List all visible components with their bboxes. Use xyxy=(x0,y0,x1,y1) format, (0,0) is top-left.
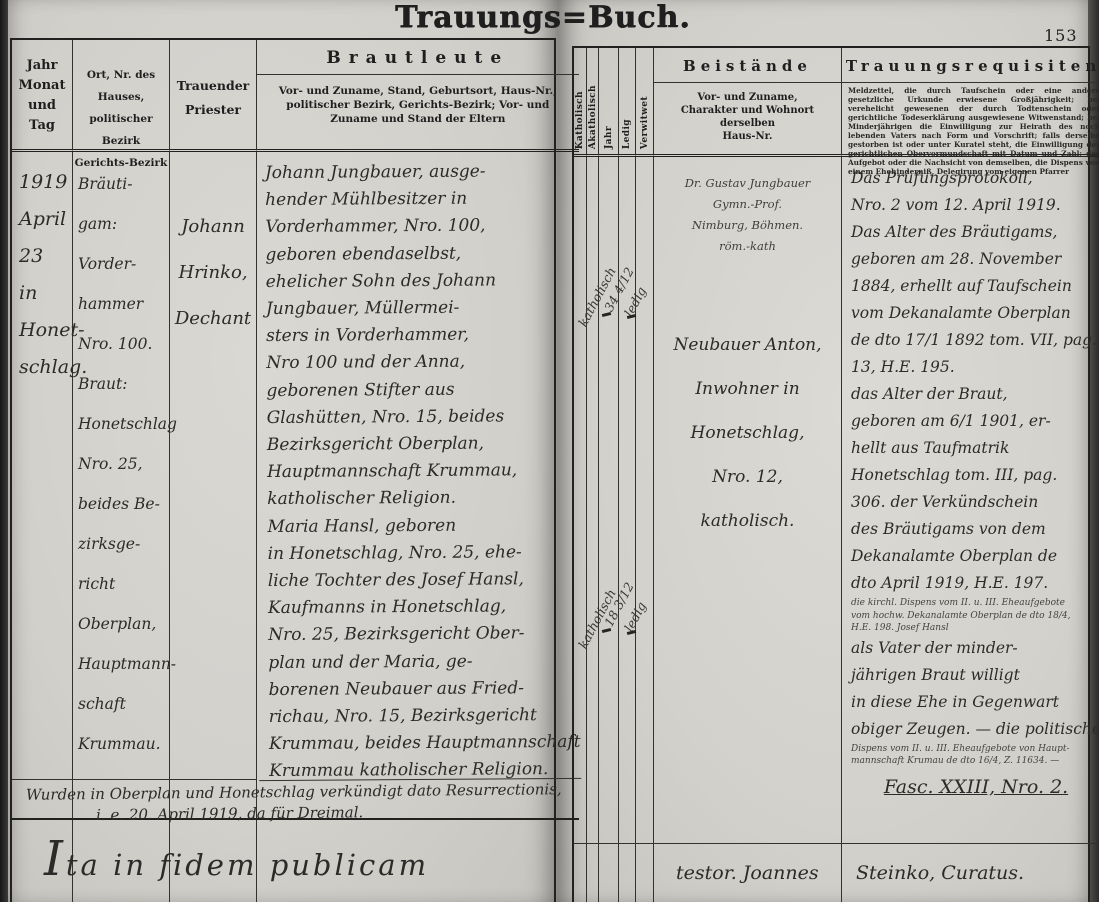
banns-annotation: Wurden in Oberplan und Honetschlag verkü… xyxy=(26,779,556,827)
col-header-priest: TrauenderPriester xyxy=(170,40,257,152)
left-register-table: JahrMonatundTag Ort, Nr. des Hauses,poli… xyxy=(10,38,556,902)
signature-row-cell xyxy=(587,844,599,902)
col-header-brautleute: Brautleute Vor- und Zuname, Stand, Gebur… xyxy=(257,40,579,152)
col-header-ledig: Ledig xyxy=(619,48,636,157)
col-header-katholisch: Katholisch xyxy=(574,48,587,157)
left-page-signature: Ita in fidem publicam xyxy=(44,832,429,887)
col-header-beistaende: Beistände Vor- und Zuname,Charakter und … xyxy=(654,48,842,157)
brautleute-subtitle: Vor- und Zuname, Stand, Geburtsort, Haus… xyxy=(257,75,579,126)
scanned-marriage-register: Trauungs= Buch. 153 JahrMonatundTag Ort,… xyxy=(0,0,1099,902)
signature-curate: Steinko, Curatus. xyxy=(842,844,1099,902)
register-title-right: Buch. xyxy=(588,0,691,35)
tally-mark xyxy=(627,314,636,319)
col-header-verwitwet: Verwitwet xyxy=(636,48,654,157)
akatholisch-label: Akatholisch xyxy=(588,85,598,149)
page-number: 153 xyxy=(1044,26,1078,45)
col-header-priest-label: TrauenderPriester xyxy=(170,40,256,122)
entry-religion-katholisch: katholisch katholisch xyxy=(574,157,587,844)
signature-row-cell xyxy=(619,844,636,902)
right-register-table: Katholisch Akatholisch Jahr Ledig Verwit… xyxy=(572,46,1090,902)
witness-1: Dr. Gustav JungbauerGymn.-Prof.Nimburg, … xyxy=(654,157,841,257)
entry-ledig: ledig ledig xyxy=(619,157,636,844)
col-header-requisiten: Trauungsrequisiten Meldzettel, die durch… xyxy=(842,48,1099,157)
tally-mark xyxy=(602,312,611,317)
tally-mark xyxy=(602,628,611,633)
ledig-label: Ledig xyxy=(622,119,632,149)
signature-row-cell xyxy=(636,844,654,902)
entry-verwitwet xyxy=(636,157,654,844)
brautleute-title: Brautleute xyxy=(257,40,579,75)
col-header-jahr: Jahr xyxy=(599,48,619,157)
col-header-place: Ort, Nr. des Hauses,politischer BezirkGe… xyxy=(73,40,170,152)
entry-beistaende: Dr. Gustav JungbauerGymn.-Prof.Nimburg, … xyxy=(654,157,842,844)
entry-requisiten: Das Prüfungsprotokoll,Nro. 2 vom 12. Apr… xyxy=(842,157,1099,844)
register-title-left: Trauungs= xyxy=(395,0,555,35)
entry-place: Bräuti-gam:Vorder-hammerNro. 100.Braut:H… xyxy=(73,152,170,780)
signature-testor: testor. Joannes xyxy=(654,844,842,902)
jahr-label: Jahr xyxy=(604,126,614,149)
signature-row-cell xyxy=(574,844,587,902)
col-header-akatholisch: Akatholisch xyxy=(587,48,599,157)
book-edge-left xyxy=(0,0,8,902)
katholisch-label: Katholisch xyxy=(575,91,585,149)
beistaende-title: Beistände xyxy=(654,48,841,83)
col-header-date: JahrMonatundTag xyxy=(12,40,73,152)
requisiten-block-3: als Vater der minder-jährigen Braut will… xyxy=(851,635,1099,743)
requisiten-small-note-1: die kirchl. Dispens vom II. u. III. Ehea… xyxy=(851,597,1099,635)
entry-jahr: 34 4/12 18 3/12 xyxy=(599,157,619,844)
entry-date: 1919April23inHonet-schlag. xyxy=(12,152,73,780)
col-header-date-label: JahrMonatundTag xyxy=(12,40,72,136)
beistaende-subtitle: Vor- und Zuname,Charakter und Wohnort de… xyxy=(654,83,841,143)
fascicle-reference: Fasc. XXIII, Nro. 2. xyxy=(851,776,1099,798)
entry-religion-akatholisch xyxy=(587,157,599,844)
tally-mark xyxy=(627,630,636,635)
requisiten-title: Trauungsrequisiten xyxy=(842,48,1099,83)
verwitwet-label: Verwitwet xyxy=(640,96,650,149)
witness-2: Neubauer Anton,Inwohner inHonetschlag,Nr… xyxy=(654,323,841,543)
requisiten-block-1: Das Prüfungsprotokoll,Nro. 2 vom 12. Apr… xyxy=(851,165,1099,381)
entry-priest: JohannHrinko,Dechant xyxy=(170,152,257,780)
entry-brautleute: Johann Jungbauer, ausge-hender Mühlbesit… xyxy=(255,151,581,781)
requisiten-block-2: das Alter der Braut,geboren am 6/1 1901,… xyxy=(851,381,1099,597)
signature-row-cell xyxy=(599,844,619,902)
requisiten-small-note-2: Dispens vom II. u. III. Eheaufgebote von… xyxy=(851,743,1099,768)
